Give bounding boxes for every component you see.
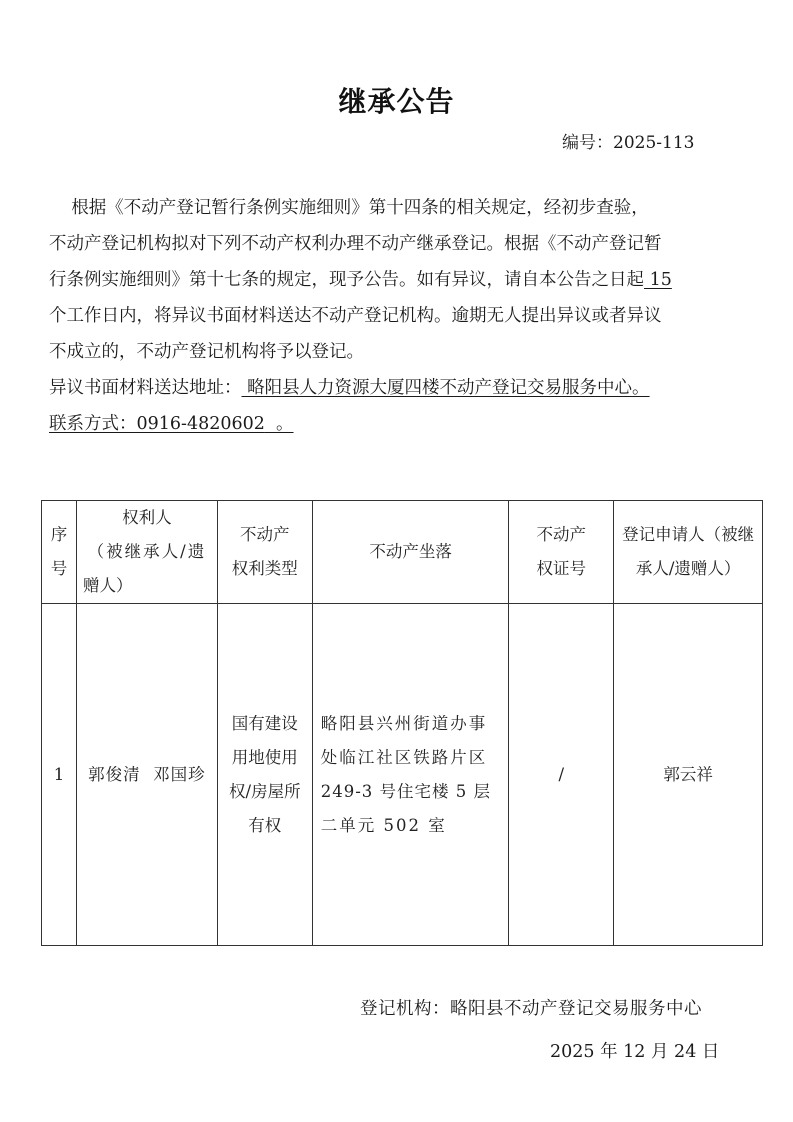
header-text: （被继承人/遗 <box>77 535 217 569</box>
cell-text: 249-3 号住宅楼 5 层 <box>321 775 501 809</box>
inheritance-table: 序 号 权利人 （被继承人/遗 赠人） 不动产 权利类型 不动产坐落 不动产 权… <box>41 500 763 946</box>
header-text: 赠人） <box>77 569 217 603</box>
contact-label: 联系方式： <box>49 414 137 434</box>
document-number-value: 2025-113 <box>613 133 694 153</box>
paragraph-line: 个工作日内，将异议书面材料送达不动产登记机构。逾期无人提出异议或者异议 <box>49 298 749 334</box>
cell-text: 二单元 502 室 <box>321 809 501 843</box>
header-text: 不动产 <box>509 518 613 552</box>
table-row: 1 郭俊清 邓国珍 国有建设 用地使用 权/房屋所 有权 略阳县兴州街道办事 处… <box>42 604 763 946</box>
contact-phone: 0916-4820602 <box>137 414 265 434</box>
notice-body: 根据《不动产登记暂行条例实施细则》第十四条的相关规定，经初步查验， 不动产登记机… <box>49 190 749 442</box>
notice-date: 2025 年 12 月 24 日 <box>550 1038 719 1063</box>
cell-text: 国有建设 <box>218 707 312 741</box>
registration-authority: 登记机构：略阳县不动产登记交易服务中心 <box>360 995 702 1020</box>
header-text: 登记申请人（被继 <box>614 518 762 552</box>
header-holder: 权利人 （被继承人/遗 赠人） <box>76 501 217 604</box>
contact-line: 联系方式：0916-4820602 。 <box>49 406 749 442</box>
document-number-label: 编号： <box>562 133 613 153</box>
objection-days: 15 <box>644 270 678 290</box>
header-text: 序 <box>42 518 76 552</box>
paragraph-line: 不成立的，不动产登记机构将予以登记。 <box>49 334 749 370</box>
cell-text: 权/房屋所 <box>218 775 312 809</box>
paragraph-line-text: 行条例实施细则》第十七条的规定，现予公告。如有异议，请自本公告之日起 <box>49 270 644 290</box>
cell-applicant: 郭云祥 <box>614 604 763 946</box>
paragraph-line: 行条例实施细则》第十七条的规定，现予公告。如有异议，请自本公告之日起 15 <box>49 262 749 298</box>
paragraph-line: 不动产登记机构拟对下列不动产权利办理不动产继承登记。根据《不动产登记暂 <box>49 226 749 262</box>
header-cert-no: 不动产 权证号 <box>509 501 614 604</box>
header-seq: 序 号 <box>42 501 77 604</box>
cell-text: 用地使用 <box>218 741 312 775</box>
paragraph-line: 根据《不动产登记暂行条例实施细则》第十四条的相关规定，经初步查验， <box>49 190 749 226</box>
table-header-row: 序 号 权利人 （被继承人/遗 赠人） 不动产 权利类型 不动产坐落 不动产 权… <box>42 501 763 604</box>
address-value: 略阳县人力资源大厦四楼不动产登记交易服务中心。 <box>242 378 650 398</box>
header-text: 号 <box>42 552 76 586</box>
header-right-type: 不动产 权利类型 <box>217 501 312 604</box>
cell-text: 有权 <box>218 809 312 843</box>
header-text: 承人/遗赠人） <box>614 552 762 586</box>
header-text: 不动产 <box>218 518 312 552</box>
header-text: 权证号 <box>509 552 613 586</box>
cell-text: 略阳县兴州街道办事 <box>321 707 501 741</box>
address-label: 异议书面材料送达地址： <box>49 378 242 398</box>
contact-info: 联系方式：0916-4820602 。 <box>49 414 294 434</box>
cell-text: 处临江社区铁路片区 <box>321 741 501 775</box>
cell-cert-no: / <box>509 604 614 946</box>
cell-location: 略阳县兴州街道办事 处临江社区铁路片区 249-3 号住宅楼 5 层 二单元 5… <box>312 604 509 946</box>
cell-right-type: 国有建设 用地使用 权/房屋所 有权 <box>217 604 312 946</box>
header-location: 不动产坐落 <box>312 501 509 604</box>
cell-seq: 1 <box>42 604 77 946</box>
cell-holder: 郭俊清 邓国珍 <box>76 604 217 946</box>
header-applicant: 登记申请人（被继 承人/遗赠人） <box>614 501 763 604</box>
header-text: 权利类型 <box>218 552 312 586</box>
document-number: 编号：2025-113 <box>562 128 694 153</box>
header-text: 权利人 <box>77 501 217 535</box>
contact-suffix: 。 <box>265 414 294 434</box>
header-text: 不动产坐落 <box>313 535 509 569</box>
address-line: 异议书面材料送达地址： 略阳县人力资源大厦四楼不动产登记交易服务中心。 <box>49 370 749 406</box>
document-title: 继承公告 <box>0 80 793 120</box>
